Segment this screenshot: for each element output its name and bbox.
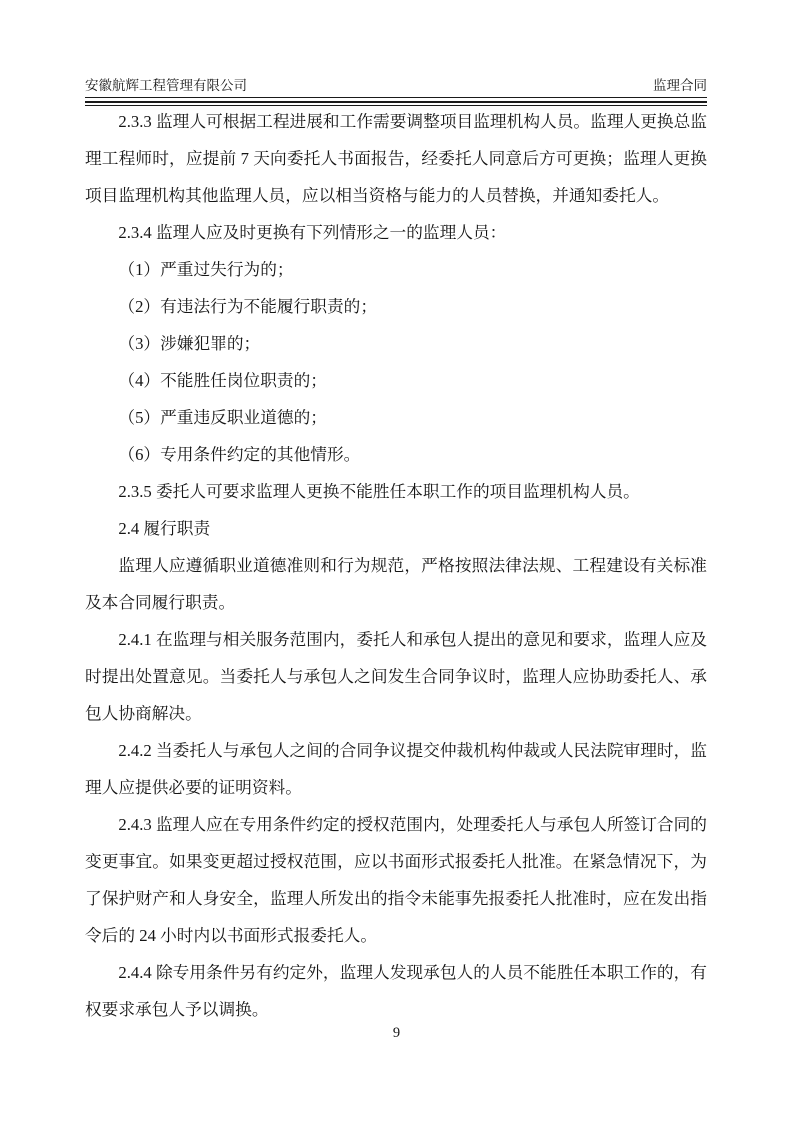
document-page: 安徽航辉工程管理有限公司 监理合同 2.3.3 监理人可根据工程进展和工作需要调… (0, 0, 793, 1122)
header-company: 安徽航辉工程管理有限公司 (85, 76, 247, 96)
paragraph: 2.3.3 监理人可根据工程进展和工作需要调整项目监理机构人员。监理人更换总监理… (85, 103, 707, 214)
page-number: 9 (393, 1025, 400, 1041)
page-footer: 9 (0, 1022, 793, 1044)
page-header: 安徽航辉工程管理有限公司 监理合同 (85, 76, 707, 106)
paragraph: 2.4.3 监理人应在专用条件约定的授权范围内，处理委托人与承包人所签订合同的变… (85, 806, 707, 954)
paragraph: （2）有违法行为不能履行职责的； (85, 288, 707, 325)
paragraph: （5）严重违反职业道德的； (85, 399, 707, 436)
paragraph: 监理人应遵循职业道德准则和行为规范，严格按照法律法规、工程建设有关标准及本合同履… (85, 547, 707, 621)
paragraph: 2.3.4 监理人应及时更换有下列情形之一的监理人员： (85, 214, 707, 251)
header-doc-type: 监理合同 (653, 76, 707, 96)
paragraph: （3）涉嫌犯罪的； (85, 325, 707, 362)
paragraph: 2.3.5 委托人可要求监理人更换不能胜任本职工作的项目监理机构人员。 (85, 473, 707, 510)
header-row: 安徽航辉工程管理有限公司 监理合同 (85, 76, 707, 98)
paragraph: 2.4.1 在监理与相关服务范围内，委托人和承包人提出的意见和要求，监理人应及时… (85, 621, 707, 732)
paragraph: 2.4.2 当委托人与承包人之间的合同争议提交仲裁机构仲裁或人民法院审理时，监理… (85, 732, 707, 806)
paragraph: 2.4.4 除专用条件另有约定外，监理人发现承包人的人员不能胜任本职工作的，有权… (85, 954, 707, 1028)
paragraph: （6）专用条件约定的其他情形。 (85, 436, 707, 473)
paragraph: 2.4 履行职责 (85, 510, 707, 547)
paragraph: （4）不能胜任岗位职责的； (85, 362, 707, 399)
paragraph: （1）严重过失行为的； (85, 251, 707, 288)
document-body: 2.3.3 监理人可根据工程进展和工作需要调整项目监理机构人员。监理人更换总监理… (85, 103, 707, 1028)
